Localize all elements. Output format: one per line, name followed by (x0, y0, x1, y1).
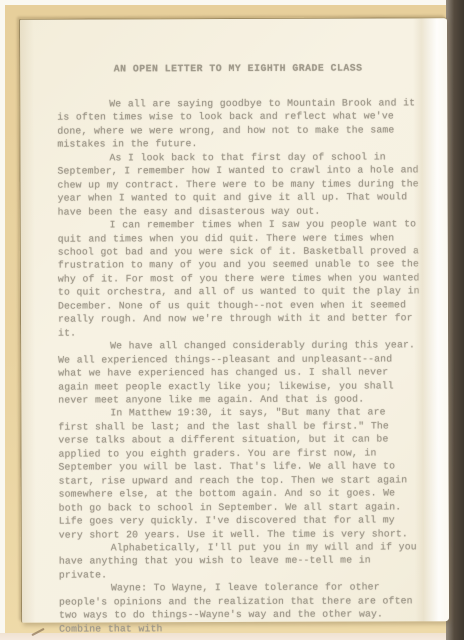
photo-edge-top (0, 0, 448, 5)
letter-title: AN OPEN LETTER TO MY EIGHTH GRADE CLASS (57, 62, 419, 74)
letter-paragraph: In Matthew 19:30, it says, "But many tha… (58, 406, 420, 542)
photo-edge-left (0, 0, 5, 633)
letter-content: AN OPEN LETTER TO MY EIGHTH GRADE CLASS … (20, 18, 449, 636)
letter-body: We all are saying goodbye to Mountain Br… (57, 96, 421, 635)
letter-paragraph: I can remember times when I saw you peop… (58, 217, 420, 339)
letter-page: AN OPEN LETTER TO MY EIGHTH GRADE CLASS … (19, 17, 449, 622)
letter-paragraph: Alphabetically, I'll put you in my will … (59, 540, 421, 582)
letter-paragraph: As I look back to that first day of scho… (57, 150, 419, 219)
scanned-photo-background: AN OPEN LETTER TO MY EIGHTH GRADE CLASS … (0, 0, 464, 640)
letter-paragraph: We all are saying goodbye to Mountain Br… (57, 96, 419, 151)
letter-paragraph: We have all changed considerably during … (58, 339, 420, 408)
letter-paragraph: Wayne: To Wayne, I leave tolerance for o… (59, 581, 421, 636)
